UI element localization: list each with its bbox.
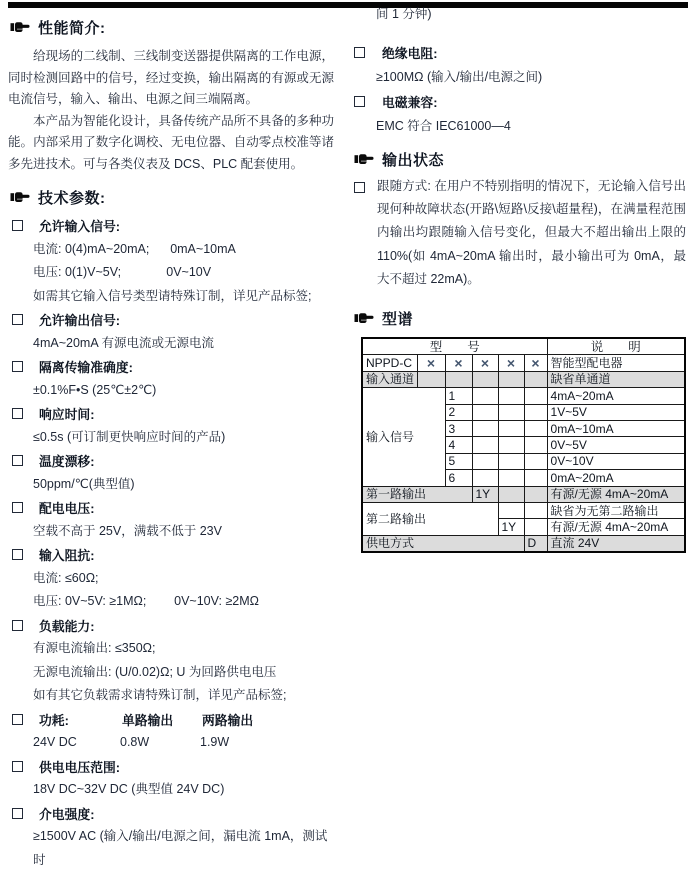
spec-line: 4mA~20mA 有源电流或无源电流	[8, 332, 334, 356]
follow-mode-paragraph: 跟随方式: 在用户不特别指明的情况下，无论输入信号出现何种故障状态(开路\短路\…	[377, 175, 686, 291]
spec-item-label: 输入阻抗:	[39, 545, 94, 564]
square-bullet-icon	[12, 549, 23, 560]
power-col-header-single: 单路输出	[122, 710, 202, 729]
spec-line: 无源电流输出: (U/0.02)Ω; U 为回路供电电压	[8, 661, 334, 685]
x-mark-cell: ×	[417, 355, 445, 371]
row-label-cell: 第二路输出	[362, 502, 498, 535]
right-column: 间 1 分钟) 绝缘电阻: ≥100MΩ (输入/输出/电源之间) 电磁兼容: …	[352, 2, 686, 553]
square-bullet-icon	[12, 761, 23, 772]
datasheet-page: { "page": { "text_color": "#1e2636", "ta…	[0, 0, 688, 876]
spec-item-output-signal: 允许输出信号: 4mA~20mA 有源电流或无源电流	[8, 308, 334, 355]
desc-cell: 0mA~20mA	[547, 470, 685, 486]
desc-cell: 缺省单通道	[547, 371, 685, 387]
square-bullet-icon	[12, 220, 23, 231]
section-header-tech-params: 技术参数:	[8, 186, 334, 208]
spec-line: 电流: 0(4)mA~20mA; 0mA~10mA	[8, 238, 334, 262]
follow-mode-item: 跟随方式: 在用户不特别指明的情况下，无论输入信号出现何种故障状态(开路\短路\…	[352, 175, 686, 291]
spec-item-label: 负载能力:	[39, 616, 94, 635]
square-bullet-icon	[12, 502, 23, 513]
table-row-input-channel: 输入通道 缺省单通道	[362, 371, 685, 387]
desc-cell: 0V~10V	[547, 453, 685, 469]
left-column: 性能简介: 给现场的二线制、三线制变送器提供隔离的工作电源，同时检测回路中的信号…	[8, 16, 334, 872]
model-prefix-cell: NPPD-C	[362, 355, 417, 371]
code-cell: 2	[445, 404, 472, 420]
power-dual-value: 1.9W	[200, 731, 229, 755]
spec-line: 电压: 0V~5V: ≥1MΩ; 0V~10V: ≥2MΩ	[8, 590, 334, 614]
square-bullet-icon	[12, 714, 23, 725]
square-bullet-icon	[354, 96, 365, 107]
code-cell: 5	[445, 453, 472, 469]
square-bullet-icon	[12, 808, 23, 819]
table-row-output1: 第一路输出 1Y 有源/无源 4mA~20mA	[362, 486, 685, 502]
pointing-hand-icon	[10, 190, 30, 204]
spec-line: ≥1500V AC (输入/输出/电源之间，漏电流 1mA，测试时	[8, 825, 334, 872]
square-bullet-icon	[354, 182, 365, 193]
power-values-row: 24V DC 0.8W 1.9W	[8, 731, 334, 755]
desc-cell: 缺省为无第二路输出	[547, 502, 685, 518]
spec-line: 有源电流输出: ≤350Ω;	[8, 637, 334, 661]
table-row-product: NPPD-C × × × × × 智能型配电器	[362, 355, 685, 371]
square-bullet-icon	[12, 455, 23, 466]
table-header-model: 型 号	[362, 338, 547, 355]
spec-line: EMC 符合 IEC61000—4	[352, 114, 686, 139]
desc-cell: 有源/无源 4mA~20mA	[547, 519, 685, 535]
spec-item-response-time: 响应时间: ≤0.5s (可订制更快响应时间的产品)	[8, 402, 334, 449]
section-title: 性能简介:	[38, 17, 106, 38]
square-bullet-icon	[12, 314, 23, 325]
spec-item-label: 功耗:	[39, 710, 122, 729]
spec-item-label: 绝缘电阻:	[382, 43, 437, 62]
desc-cell: 0V~5V	[547, 437, 685, 453]
table-row-power-supply: 供电方式 D 直流 24V	[362, 535, 685, 552]
spec-line: 电流: ≤60Ω;	[8, 567, 334, 591]
intro-paragraph-1: 给现场的二线制、三线制变送器提供隔离的工作电源，同时检测回路中的信号，经过变换，…	[8, 46, 334, 111]
spec-item-label: 响应时间:	[39, 404, 94, 423]
x-mark-cell: ×	[472, 355, 498, 371]
row-label-cell: 输入信号	[362, 388, 445, 486]
table-header-desc: 说 明	[547, 338, 685, 355]
desc-cell: 有源/无源 4mA~20mA	[547, 486, 685, 502]
x-mark-cell: ×	[524, 355, 547, 371]
square-bullet-icon	[12, 620, 23, 631]
square-bullet-icon	[12, 361, 23, 372]
dielectric-continuation-line: 间 1 分钟)	[352, 2, 686, 26]
spec-line: 50ppm/℃(典型值)	[8, 473, 334, 497]
spec-item-power-consumption: 功耗: 单路输出 两路输出 24V DC 0.8W 1.9W	[8, 708, 334, 755]
spec-item-temp-drift: 温度漂移: 50ppm/℃(典型值)	[8, 449, 334, 496]
section-header-output-state: 输出状态	[352, 148, 686, 170]
desc-cell: 智能型配电器	[547, 355, 685, 371]
spec-item-label: 电磁兼容:	[382, 92, 437, 111]
row-label-cell: 供电方式	[362, 535, 524, 552]
spec-line: 电压: 0(1)V~5V; 0V~10V	[8, 261, 334, 285]
spec-item-emc: 电磁兼容: EMC 符合 IEC61000—4	[352, 89, 686, 138]
spec-item-input-impedance: 输入阻抗: 电流: ≤60Ω; 电压: 0V~5V: ≥1MΩ; 0V~10V:…	[8, 543, 334, 614]
spec-item-label: 温度漂移:	[39, 451, 94, 470]
spec-item-dielectric-strength: 介电强度: ≥1500V AC (输入/输出/电源之间，漏电流 1mA，测试时	[8, 802, 334, 873]
spec-item-label: 允许输出信号:	[39, 310, 120, 329]
section-header-model-spectrum: 型谱	[352, 307, 686, 329]
code-cell: 3	[445, 420, 472, 436]
spec-item-label: 供电电压范围:	[39, 757, 120, 776]
power-single-value: 0.8W	[120, 731, 200, 755]
section-title: 技术参数:	[38, 187, 106, 208]
code-cell: 4	[445, 437, 472, 453]
desc-cell: 直流 24V	[547, 535, 685, 552]
spec-line: 18V DC~32V DC (典型值 24V DC)	[8, 778, 334, 802]
spec-item-load-capacity: 负载能力: 有源电流输出: ≤350Ω; 无源电流输出: (U/0.02)Ω; …	[8, 614, 334, 708]
tech-spec-list: 允许输入信号: 电流: 0(4)mA~20mA; 0mA~10mA 电压: 0(…	[8, 214, 334, 872]
pointing-hand-icon	[10, 20, 30, 34]
row-label-cell: 输入通道	[362, 371, 417, 387]
spec-item-dist-voltage: 配电电压: 空载不高于 25V，满载不低于 23V	[8, 496, 334, 543]
code-cell: 6	[445, 470, 472, 486]
section-title: 输出状态	[382, 149, 444, 170]
spec-item-label: 允许输入信号:	[39, 216, 120, 235]
spec-line: ±0.1%F•S (25℃±2℃)	[8, 379, 334, 403]
spec-item-label: 隔离传输准确度:	[39, 357, 133, 376]
intro-paragraph-2: 本产品为智能化设计，具备传统产品所不具备的多种功能。内部采用了数字化调校、无电位…	[8, 111, 334, 176]
desc-cell: 4mA~20mA	[547, 388, 685, 404]
table-header-row: 型 号 说 明	[362, 338, 685, 355]
spec-line: 空载不高于 25V，满载不低于 23V	[8, 520, 334, 544]
spec-line: 如有其它负载需求请特殊订制，详见产品标签;	[8, 684, 334, 708]
spec-line: ≤0.5s (可订制更快响应时间的产品)	[8, 426, 334, 450]
square-bullet-icon	[12, 408, 23, 419]
model-spectrum-table: 型 号 说 明 NPPD-C × × × × × 智能型配电器 输入通道 缺省单…	[361, 337, 686, 553]
spec-item-input-signal: 允许输入信号: 电流: 0(4)mA~20mA; 0mA~10mA 电压: 0(…	[8, 214, 334, 308]
row-label-cell: 第一路输出	[362, 486, 472, 502]
spec-item-accuracy: 隔离传输准确度: ±0.1%F•S (25℃±2℃)	[8, 355, 334, 402]
desc-cell: 0mA~10mA	[547, 420, 685, 436]
pointing-hand-icon	[354, 311, 374, 325]
square-bullet-icon	[354, 47, 365, 58]
spec-item-insulation-resistance: 绝缘电阻: ≥100MΩ (输入/输出/电源之间)	[352, 40, 686, 89]
section-header-performance: 性能简介:	[8, 16, 334, 38]
pointing-hand-icon	[354, 152, 374, 166]
spec-item-supply-range: 供电电压范围: 18V DC~32V DC (典型值 24V DC)	[8, 755, 334, 802]
right-spec-list: 绝缘电阻: ≥100MΩ (输入/输出/电源之间) 电磁兼容: EMC 符合 I…	[352, 40, 686, 138]
intro-paragraphs: 给现场的二线制、三线制变送器提供隔离的工作电源，同时检测回路中的信号，经过变换，…	[8, 46, 334, 175]
spec-item-label: 配电电压:	[39, 498, 94, 517]
table-row-output2-default: 第二路输出 缺省为无第二路输出	[362, 502, 685, 518]
spec-line: ≥100MΩ (输入/输出/电源之间)	[352, 65, 686, 90]
power-supply-value: 24V DC	[33, 731, 120, 755]
table-row-input-signal: 输入信号 1 4mA~20mA	[362, 388, 685, 404]
x-mark-cell: ×	[498, 355, 524, 371]
code-cell: 1Y	[472, 486, 498, 502]
desc-cell: 1V~5V	[547, 404, 685, 420]
section-title: 型谱	[382, 308, 413, 329]
power-col-header-dual: 两路输出	[202, 710, 282, 729]
code-cell: 1	[445, 388, 472, 404]
spec-item-label: 介电强度:	[39, 804, 94, 823]
x-mark-cell: ×	[445, 355, 472, 371]
spec-line: 如需其它输入信号类型请特殊订制，详见产品标签;	[8, 285, 334, 309]
code-cell: D	[524, 535, 547, 552]
code-cell: 1Y	[498, 519, 524, 535]
